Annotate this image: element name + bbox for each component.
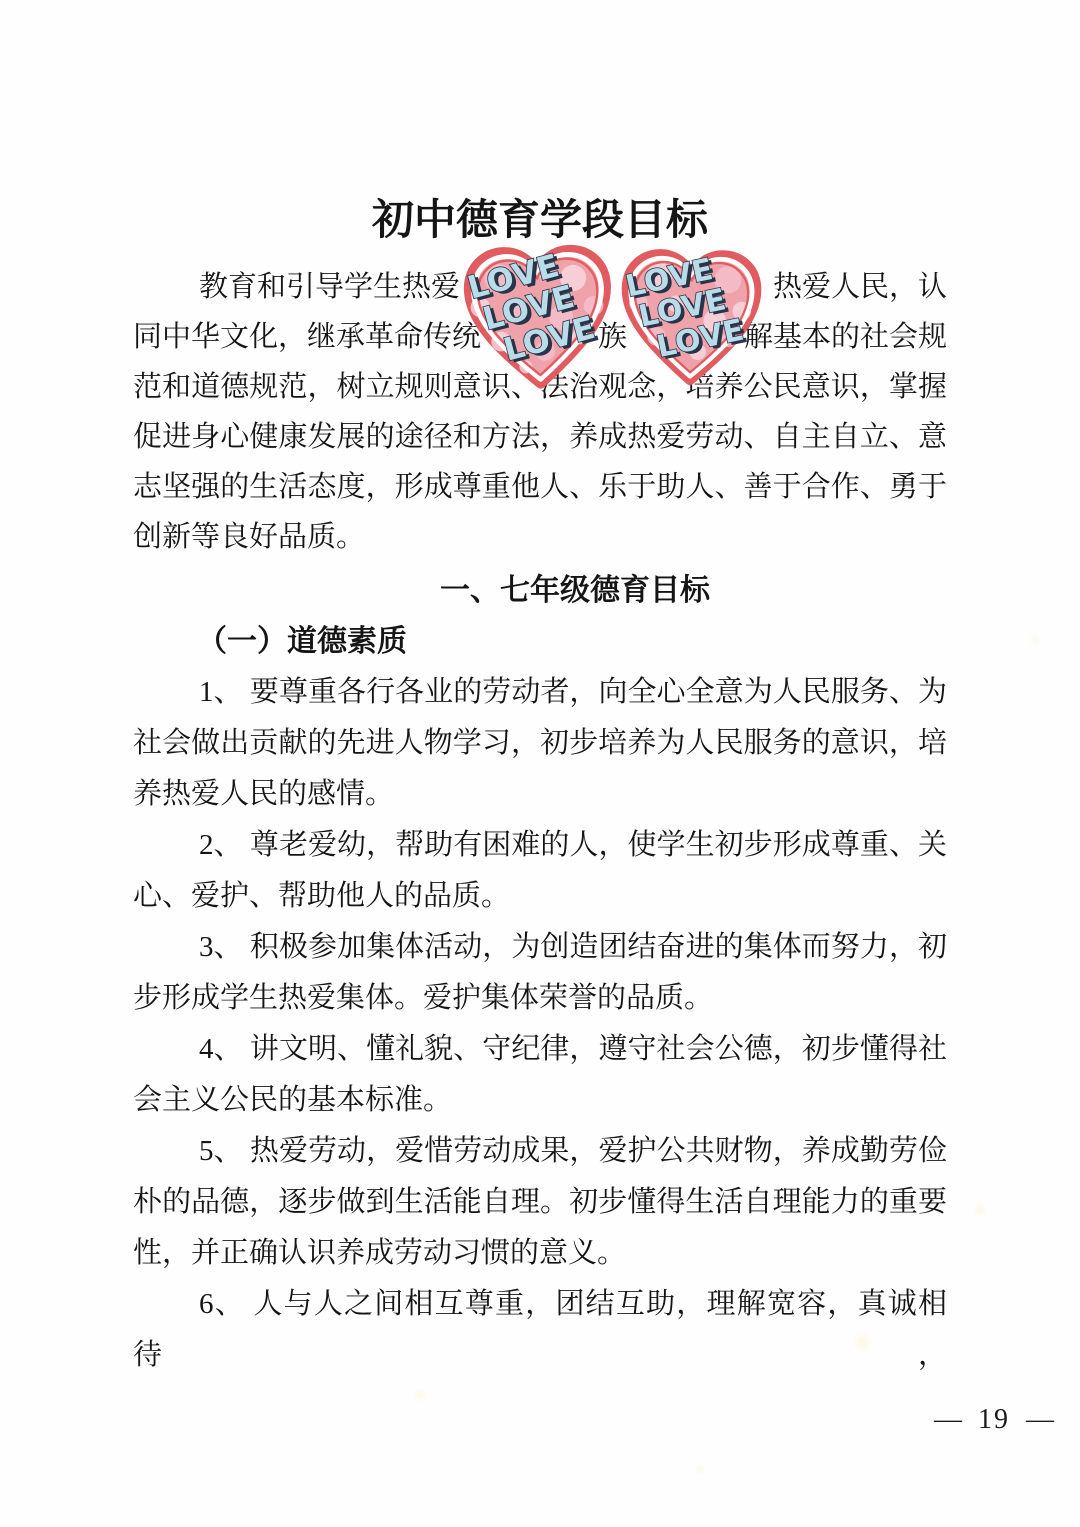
goal-item-1-line-2: 社会做出贡献的先进人物学习，初步培养为人民服务的意识，培 [133, 718, 947, 769]
goal-item-2-line-2: 心、爱护、帮助他人的品质。 [133, 871, 947, 922]
footer-right-dash: — [1026, 1404, 1054, 1435]
footer-left-dash: — [934, 1404, 962, 1435]
intro-line-1-left: 教育和引导学生热爱 [199, 271, 460, 303]
goal-item-1-line-1: 1、 要尊重各行各业的劳动者，向全心全意为人民服务、为 [133, 667, 947, 718]
goal-item-6-line-1: 6、 人与人之间相互尊重，团结互助，理解宽容，真诚相待， [133, 1279, 947, 1330]
heart-icon: LOVE LOVE LOVE LOVE LOVE LOVE [608, 243, 775, 396]
intro-line-2-left: 同中华文化，继承革命传统 [133, 321, 481, 353]
goal-item-1-line-3: 养热爱人民的感情。 [133, 769, 947, 820]
page-number: 19 [978, 1404, 1010, 1435]
section-subheading: （一）道德素质 [133, 616, 947, 667]
goal-item-5-line-2: 朴的品德，逐步做到生活能自理。初步懂得生活自理能力的重要 [133, 1177, 947, 1228]
intro-line-6: 创新等良好品质。 [133, 512, 947, 562]
intro-line-4: 促进身心健康发展的途径和方法，养成热爱劳动、自主自立、意 [133, 412, 947, 462]
intro-line-5: 志坚强的生活态度，形成尊重他人、乐于助人、善于合作、勇于 [133, 462, 947, 512]
goal-item-3-line-1: 3、 积极参加集体活动，为创造团结奋进的集体而努力，初 [133, 922, 947, 973]
heart-icon: LOVE LOVE LOVE LOVE LOVE LOVE [448, 237, 628, 401]
goal-item-5-line-3: 性，并正确认识养成劳动习惯的意义。 [133, 1228, 947, 1279]
goal-item-4-line-2: 会主义公民的基本标准。 [133, 1075, 947, 1126]
love-heart-sticker-2: LOVE LOVE LOVE LOVE LOVE LOVE [608, 243, 775, 396]
goal-item-5-line-1: 5、 热爱劳动，爱惜劳动成果，爱护公共财物，养成勤劳俭 [133, 1126, 947, 1177]
intro-line-2-right: 解基本的社会规 [744, 312, 947, 362]
page-content: 初中德育学段目标 教育和引导学生热爱 、 、热爱人民，认 同中华文化，继承革命传… [133, 0, 947, 1527]
document-title: 初中德育学段目标 [133, 196, 947, 246]
goal-item-4-line-1: 4、 讲文明、懂礼貌、守纪律，遵守社会公德，初步懂得社 [133, 1024, 947, 1075]
love-heart-sticker-1: LOVE LOVE LOVE LOVE LOVE LOVE [448, 237, 628, 401]
document-page: 初中德育学段目标 教育和引导学生热爱 、 、热爱人民，认 同中华文化，继承革命传… [0, 0, 1080, 1527]
goal-item-3-line-2: 步形成学生热爱集体。爱护集体荣誉的品质。 [133, 973, 947, 1024]
goal-list: 1、 要尊重各行各业的劳动者，向全心全意为人民服务、为 社会做出贡献的先进人物学… [133, 667, 947, 1330]
section-heading: 一、七年级德育目标 [168, 565, 982, 616]
page-footer: —19— [934, 1404, 1054, 1436]
goal-item-2-line-1: 2、 尊老爱幼，帮助有困难的人，使学生初步形成尊重、关 [133, 820, 947, 871]
